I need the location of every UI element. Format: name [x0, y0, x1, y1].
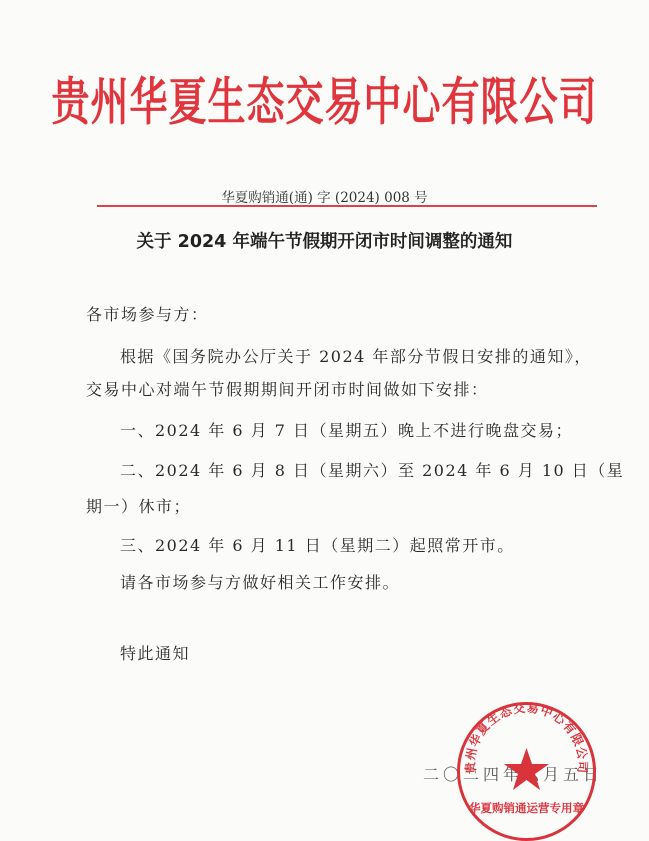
official-seal-icon: 贵州华夏生态交易中心有限公司 华夏购销通运营专用章: [455, 700, 598, 841]
closing-line: 请各市场参与方做好相关工作安排。: [120, 570, 400, 593]
notice-title: 关于 2024 年端午节假期开闭市时间调整的通知: [0, 228, 649, 253]
document-number: 华夏购销通(通) 字 (2024) 008 号: [0, 186, 649, 206]
item-1: 一、2024 年 6 月 7 日（星期五）晚上不进行晚盘交易；: [120, 418, 573, 441]
item-2-line-2: 期一）休市；: [86, 494, 191, 517]
item-2-line-1: 二、2024 年 6 月 8 日（星期六）至 2024 年 6 月 10 日（星: [120, 458, 624, 481]
svg-text:华夏购销通运营专用章: 华夏购销通运营专用章: [469, 801, 584, 815]
body-line-1: 根据《国务院办公厅关于 2024 年部分节假日安排的通知》，: [120, 344, 592, 367]
salutation: 各市场参与方：: [86, 302, 209, 325]
body-line-2: 交易中心对端午节假期期间开闭市时间做如下安排：: [86, 377, 489, 400]
letterhead-company-name: 贵州华夏生态交易中心有限公司: [0, 60, 649, 134]
red-divider: [97, 205, 597, 207]
item-3: 三、2024 年 6 月 11 日（星期二）起照常开市。: [120, 533, 515, 556]
sign-off: 特此通知: [120, 641, 190, 664]
